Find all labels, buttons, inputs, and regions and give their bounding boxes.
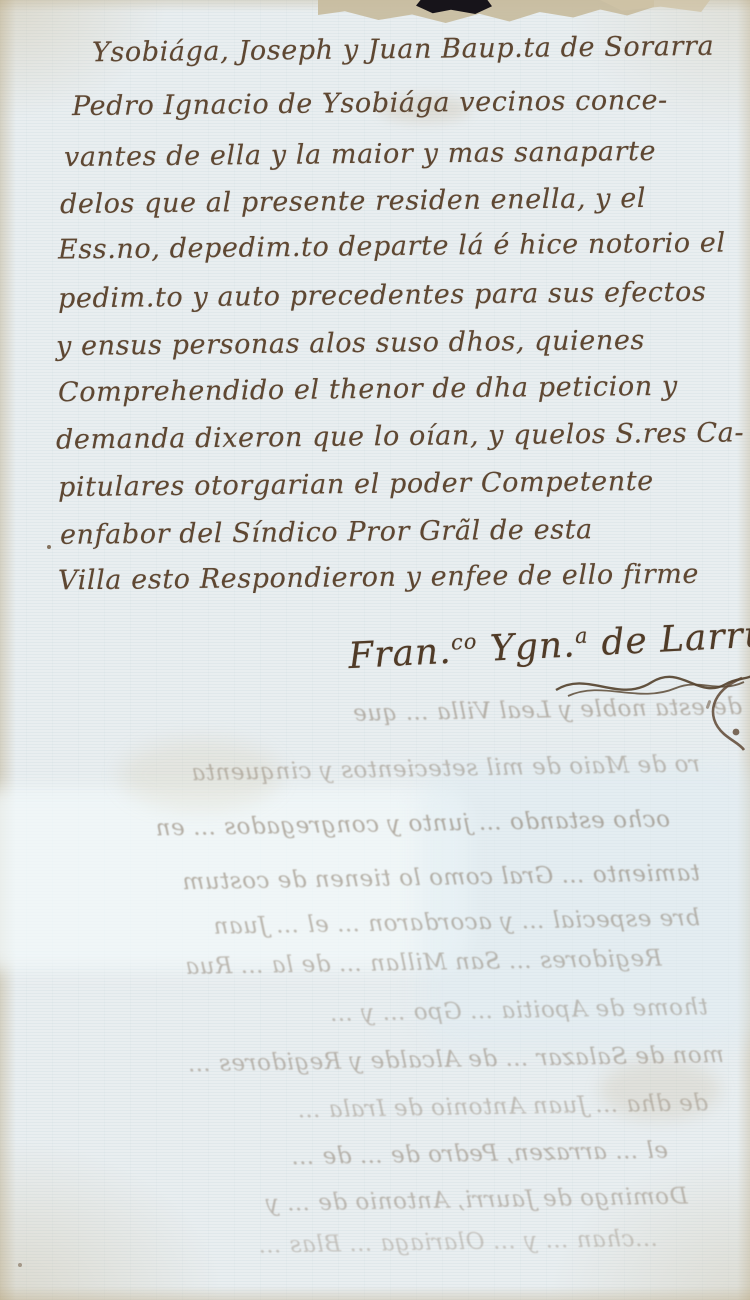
manuscript-line: vantes de ella y la maior y mas sanapart…: [64, 136, 656, 173]
bleedthrough-line: el … arrazen, Pedro de … de …: [58, 1138, 668, 1175]
manuscript-line: Comprehendido el thenor de dha peticion …: [58, 371, 678, 408]
manuscript-line: Pedro Ignacio de Ysobiága vecinos conce-: [72, 85, 668, 122]
ink-speck: [47, 545, 51, 549]
manuscript-line: pitulares otorgarian el poder Competente: [58, 466, 654, 503]
ink-hook-mark-icon: [698, 672, 750, 752]
manuscript-line: y ensus personas alos suso dhos, quienes: [56, 325, 645, 362]
manuscript-line: pedim.to y auto precedentes para sus efe…: [58, 277, 707, 315]
signature-part: de Larrumbide: [588, 608, 750, 665]
bleedthrough-line: mon de Salazar … de Alcalde y Regidores …: [40, 1042, 724, 1080]
signature-superscript: co: [450, 629, 477, 654]
manuscript-line: Villa esto Respondieron y enfee de ello …: [58, 559, 699, 597]
manuscript-line: delos que al presente residen enella, y …: [60, 183, 646, 220]
bleedthrough-line: Domingo de Jaurri, Antonio de … y: [58, 1184, 688, 1221]
signature-superscript: a: [574, 624, 589, 649]
bleedthrough-line: de dha … Juan Antonio de Irala …: [48, 1090, 708, 1128]
bleedthrough-line: …chan … y … Olariaga … Blas …: [58, 1226, 658, 1262]
ink-speck: [18, 1263, 22, 1267]
signature-part: Fran.: [347, 631, 452, 677]
manuscript-page-scan: de esta noble y Leal Villa … que ro de M…: [0, 0, 750, 1300]
manuscript-line: enfabor del Síndico Pror Grãl de esta: [60, 514, 593, 551]
manuscript-line: Ysobiága, Joseph y Juan Baup.ta de Sorar…: [92, 31, 715, 69]
manuscript-line: demanda dixeron que lo oían, y quelos S.…: [56, 417, 744, 455]
manuscript-line: Ess.no, depedim.to departe lá é hice not…: [58, 228, 726, 266]
